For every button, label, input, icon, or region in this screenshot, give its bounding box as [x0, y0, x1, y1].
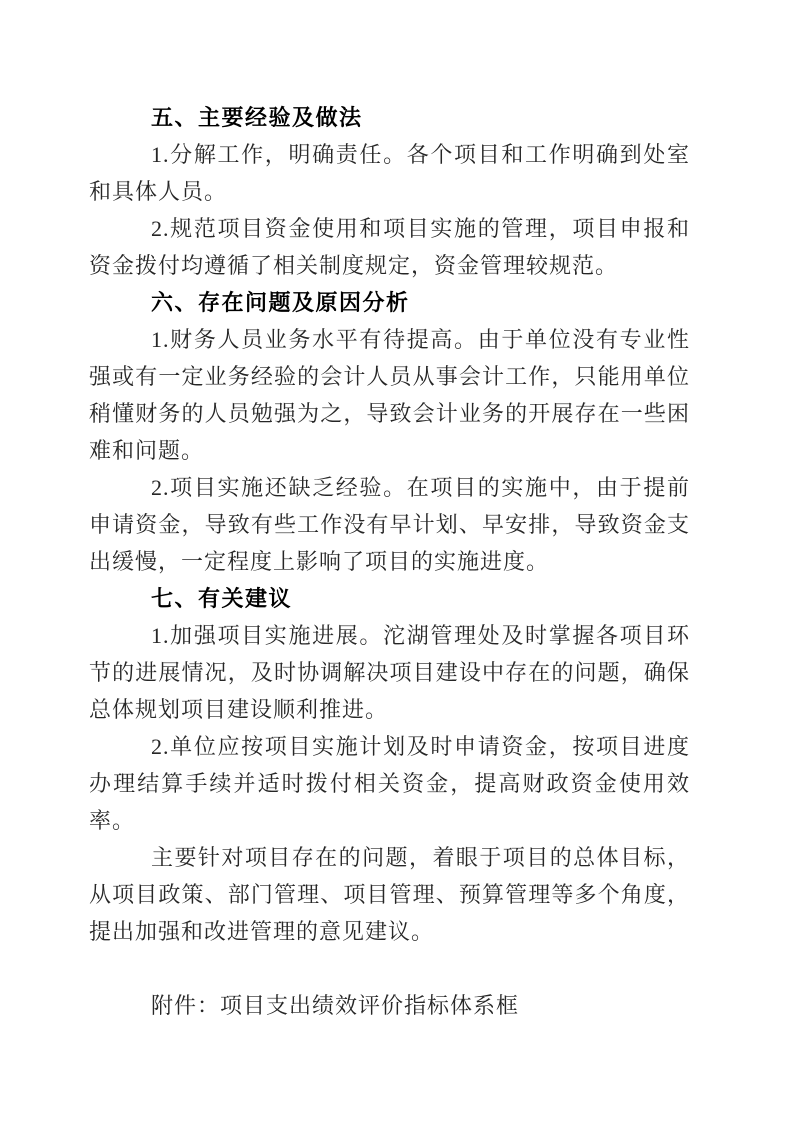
body-paragraph: 主要针对项目存在的问题，着眼于项目的总体目标，从项目政策、部门管理、项目管理、预… [89, 839, 690, 950]
body-paragraph: 1.分解工作，明确责任。各个项目和工作明确到处室和具体人员。 [89, 136, 690, 210]
body-paragraph: 2.规范项目资金使用和项目实施的管理，项目申报和资金拨付均遵循了相关制度规定，资… [89, 210, 690, 284]
body-paragraph: 1.加强项目实施进展。沱湖管理处及时掌握各项目环节的进展情况，及时协调解决项目建… [89, 617, 690, 728]
section-heading-6: 六、存在问题及原因分析 [89, 284, 690, 321]
body-paragraph: 1.财务人员业务水平有待提高。由于单位没有专业性强或有一定业务经验的会计人员从事… [89, 321, 690, 469]
section-heading-7: 七、有关建议 [89, 580, 690, 617]
document-content: 五、主要经验及做法 1.分解工作，明确责任。各个项目和工作明确到处室和具体人员。… [89, 99, 690, 1024]
body-paragraph: 2.项目实施还缺乏经验。在项目的实施中，由于提前申请资金，导致有些工作没有早计划… [89, 469, 690, 580]
section-heading-5: 五、主要经验及做法 [89, 99, 690, 136]
document-page: 五、主要经验及做法 1.分解工作，明确责任。各个项目和工作明确到处室和具体人员。… [0, 0, 793, 1122]
attachment-line: 附件：项目支出绩效评价指标体系框 [89, 987, 690, 1024]
body-paragraph: 2.单位应按项目实施计划及时申请资金，按项目进度办理结算手续并适时拨付相关资金，… [89, 728, 690, 839]
